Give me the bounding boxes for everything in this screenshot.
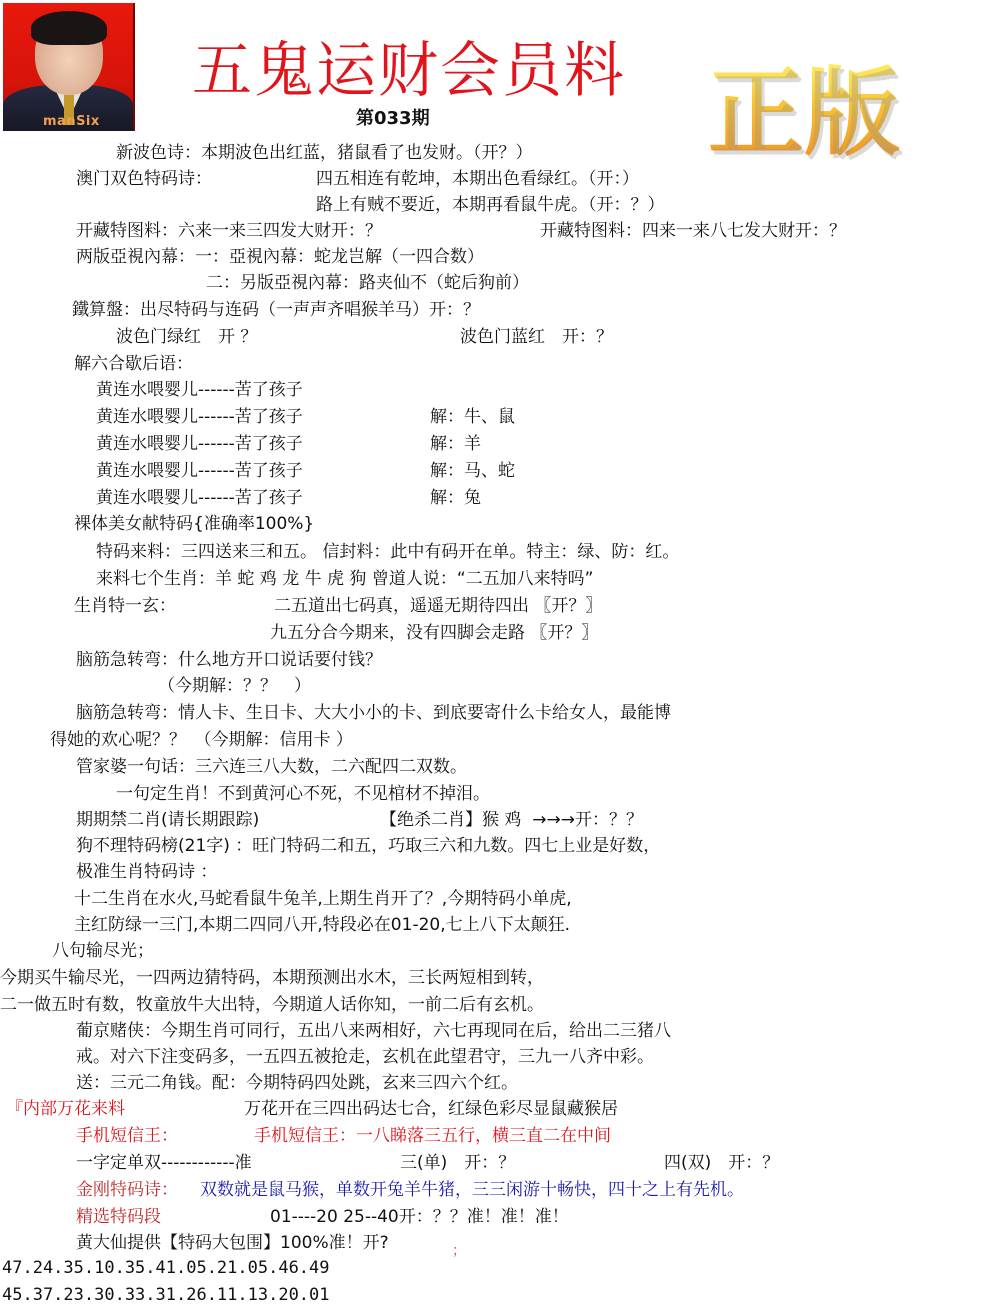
selected-range-text: 01----20 25--40开：？？准！准！准！ bbox=[270, 1206, 569, 1228]
xiehouyu-answer: 解：马、蛇 bbox=[430, 460, 515, 482]
kill-two-zodiac: 【绝杀二肖】猴 鸡 →→→开：？？ bbox=[380, 809, 643, 831]
xiehouyu-saying: 黄连水喂婴儿------苦了孩子 bbox=[96, 460, 303, 482]
special-code-source: 特码来料：三四送来三和五。 信封料：此中有码开在单。特主：绿、防：红。 bbox=[96, 541, 679, 563]
xiehouyu-answer: 解：羊 bbox=[430, 433, 481, 455]
zodiac-mystery-line1: 二五道出七码真，遥遥无期待四出 〖开？〗 bbox=[274, 595, 602, 617]
insider-flowers-text: 万花开在三四出码达七合，红绿色彩尽显鼠藏猴居 bbox=[244, 1098, 618, 1120]
authentic-badge: 正版 bbox=[708, 58, 900, 168]
sms-king-text: 手机短信王：一八睇落三五行，横三直二在中间 bbox=[254, 1125, 611, 1147]
banned-zodiac-label: 期期禁二肖(请长期跟踪) bbox=[76, 809, 259, 831]
gift-line: 送：三元二角钱。配：今期特码四处跳，玄来三四六个红。 bbox=[76, 1072, 518, 1094]
xiehouyu-heading: 解六合歇后语： bbox=[74, 353, 193, 375]
xiehouyu-saying: 黄连水喂婴儿------苦了孩子 bbox=[96, 487, 303, 509]
macau-poem-line2: 路上有贼不要近，本期再看鼠牛虎。（开：？） bbox=[316, 194, 665, 216]
numbers-row-2: 45.37.23.30.33.31.26.11.13.20.01 bbox=[2, 1285, 330, 1305]
insider-flowers-label: 『内部万花来料 bbox=[6, 1098, 125, 1120]
wave-color-poem: 新波色诗：本期波色出红蓝，猪鼠看了也发财。（开？） bbox=[116, 142, 533, 164]
zodiac-mystery-label: 生肖特一玄： bbox=[74, 595, 176, 617]
brain-teaser-1-answer: （今期解：？？ ） bbox=[158, 675, 311, 697]
selected-range-label: 精选特码段 bbox=[76, 1206, 161, 1228]
atv-insider-two: 二：另版亞視內幕：路夹仙不（蛇后狗前） bbox=[206, 272, 529, 294]
numbers-row-1: 47.24.35.10.35.41.05.21.05.46.49 bbox=[2, 1258, 330, 1278]
housekeeper-saying: 管家婆一句话：三六连三八大数，二六配四二双数。 bbox=[76, 756, 467, 778]
eight-lines-title: 八句输尽光； bbox=[52, 940, 154, 962]
casino-knight-1: 葡京赌侠：今期生肖可同行，五出八来两相好，六七再现同在后，给出二三猪八 bbox=[76, 1020, 671, 1042]
diamond-poem-text: 双数就是鼠马猴，单数开兔羊牛猪，三三闲游十畅快，四十之上有先机。 bbox=[200, 1179, 744, 1201]
xiehouyu-saying: 黄连水喂婴儿------苦了孩子 bbox=[96, 433, 303, 455]
zodiac-mystery-line2: 九五分合今期来，没有四脚会走路 〖开？〗 bbox=[270, 622, 598, 644]
macau-poem-line1: 四五相连有乾坤，本期出色看绿红。（开：） bbox=[316, 168, 639, 190]
wave-green-red: 波色门绿红 开 ？ bbox=[116, 326, 257, 348]
goubuli-list: 狗不理特码榜(21字) ：旺门特码二和五，巧取三六和九数。四七上业是好数， bbox=[76, 835, 660, 857]
eight-lines-2: 二一做五时有数，牧童放牛大出特，今期道人话你知，一前二后有玄机。 bbox=[0, 994, 544, 1016]
casino-knight-2: 戒。对六下注变码多，一五四五被抢走，玄机在此望君守，三九一八齐中彩。 bbox=[76, 1046, 654, 1068]
brain-teaser-2-answer: 得她的欢心呢？？ （今期解：信用卡 ） bbox=[50, 729, 353, 751]
wave-blue-red: 波色门蓝红 开：？ bbox=[460, 326, 613, 348]
wong-tai-sin-line: 黄大仙提供【特码大包围】100%准！开? bbox=[76, 1232, 389, 1254]
odd-even-label: 一字定单双------------准 bbox=[76, 1152, 252, 1174]
xiehouyu-saying: 黄连水喂婴儿------苦了孩子 bbox=[96, 379, 303, 401]
brain-teaser-2: 脑筋急转弯：情人卡、生日卡、大大小小的卡、到底要寄什么卡给女人，最能博 bbox=[76, 702, 671, 724]
atv-insider-one: 两版亞視內幕：一：亞視內幕：蛇龙岂解（一四合数） bbox=[76, 246, 484, 268]
sms-king-label: 手机短信王： bbox=[76, 1125, 178, 1147]
nude-beauty-code: 裸体美女献特码{准确率100%} bbox=[74, 513, 314, 535]
eight-lines-1: 今期买牛输尽光，一四两边猜特码，本期预测出水木，三长两短相到转， bbox=[0, 967, 544, 989]
photo-watermark: manSix bbox=[43, 114, 100, 129]
portrait-photo: manSix bbox=[3, 3, 135, 131]
portrait-hair bbox=[31, 11, 107, 45]
hidden-chart-left: 开藏特图料：六来一来三四发大财开：？ bbox=[76, 220, 382, 242]
odd-three: 三(单) 开：？ bbox=[400, 1152, 515, 1174]
stray-mark: ； bbox=[452, 1240, 466, 1260]
xiehouyu-saying: 黄连水喂婴儿------苦了孩子 bbox=[96, 406, 303, 428]
zodiac-poem-line1: 十二生肖在水火,马蛇看鼠牛兔羊,上期生肖开了？,今期特码小单虎, bbox=[74, 888, 572, 910]
xiehouyu-answer: 解：兔 bbox=[430, 487, 481, 509]
iron-abacus: 鐵算盤：出尽特码与连码（一声声齐唱猴羊马）开：？ bbox=[72, 299, 480, 321]
one-line-zodiac: 一句定生肖！不到黄河心不死，不见棺材不掉泪。 bbox=[116, 783, 490, 805]
hidden-chart-right: 开藏特图料：四来一来八七发大财开：？ bbox=[540, 220, 846, 242]
issue-number: 第033期 bbox=[356, 104, 430, 130]
macau-poem-label: 澳门双色特码诗： bbox=[76, 168, 212, 190]
seven-zodiac: 来料七个生肖：羊 蛇 鸡 龙 牛 虎 狗 曾道人说：“二五加八来特吗” bbox=[96, 568, 593, 590]
xiehouyu-answer: 解：牛、鼠 bbox=[430, 406, 515, 428]
even-four: 四(双) 开：？ bbox=[664, 1152, 779, 1174]
brain-teaser-1: 脑筋急转弯：什么地方开口说话要付钱？ bbox=[76, 649, 382, 671]
accurate-zodiac-poem-title: 极准生肖特码诗 ： bbox=[76, 861, 217, 883]
diamond-poem-label: 金刚特码诗： bbox=[76, 1179, 178, 1201]
page-title: 五鬼运财会员料 bbox=[192, 36, 626, 106]
zodiac-poem-line2: 主红防绿一三门,本期二四同八开,特段必在01-20,七上八下太颠狂. bbox=[74, 914, 570, 936]
